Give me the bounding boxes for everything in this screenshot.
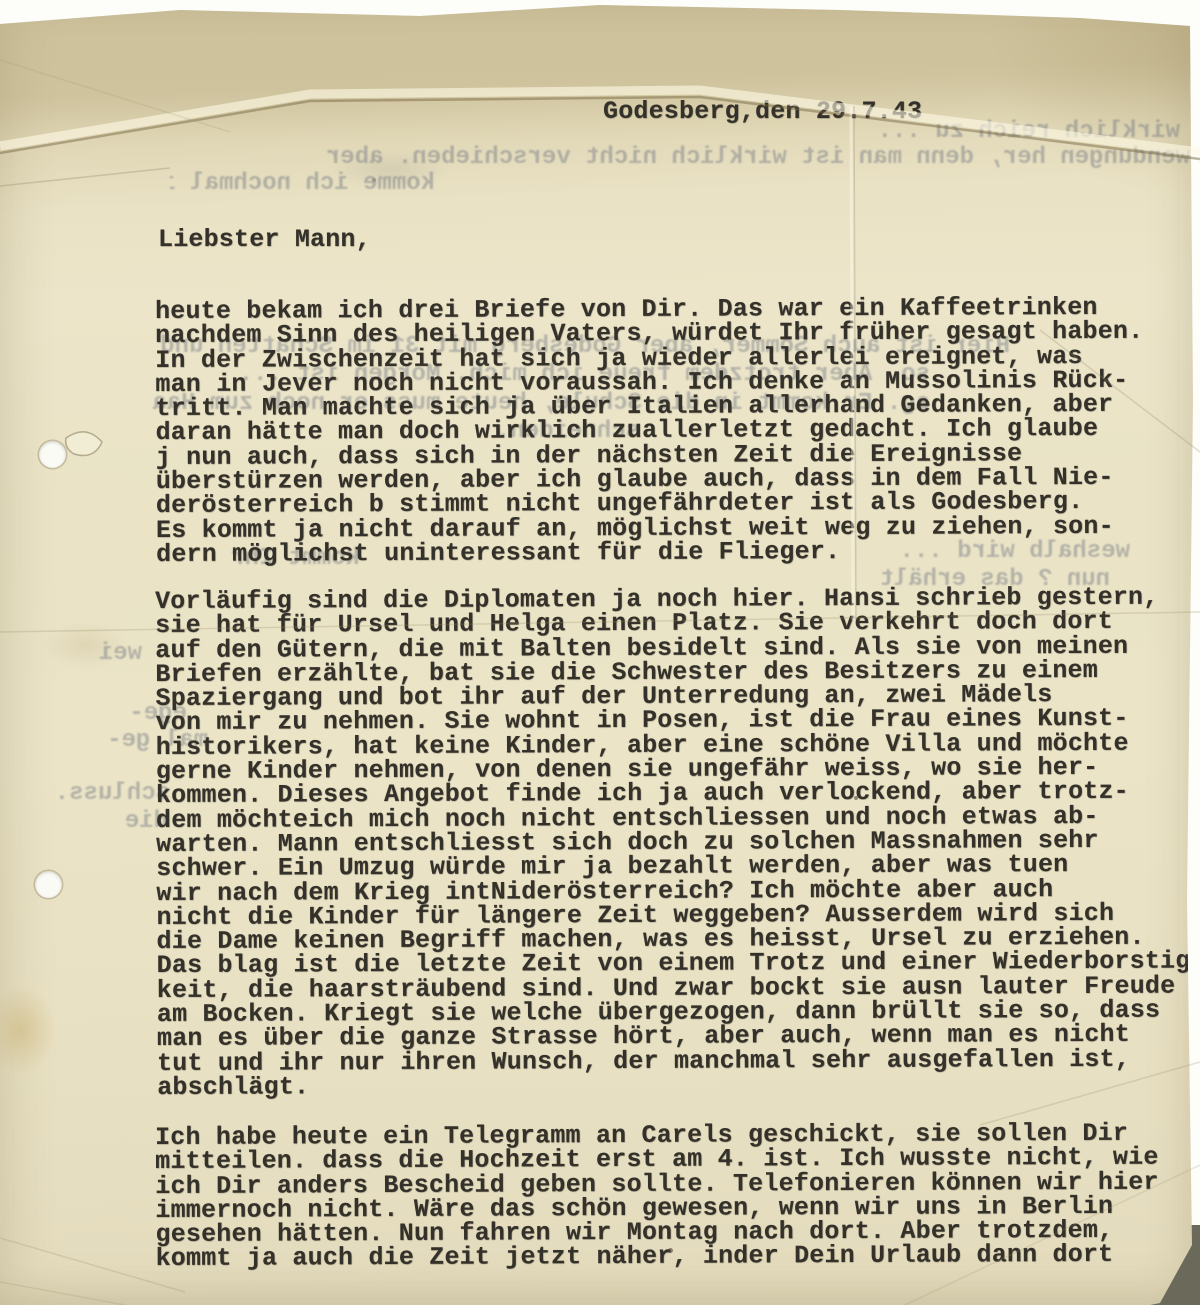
letter-scan: wirklich reich zu ... wendungen her, den… (0, 0, 1200, 1305)
dust-speck (372, 178, 376, 182)
ghost-text-line: komme ich nochmal im Frühjahr nach dort. (170, 170, 435, 198)
stain (0, 985, 56, 1075)
dateline: Godesberg,den 29.7.43 (603, 100, 922, 124)
ghost-text-line: schluss. (40, 780, 170, 808)
punch-hole-bottom (35, 871, 62, 898)
punch-hole-top (39, 441, 66, 468)
paragraph-3: Ich habe heute ein Telegramm an Carels g… (155, 1121, 1200, 1271)
paragraph-2: Vorläufig sind die Diplomaten ja noch hi… (155, 585, 1200, 1100)
ghost-text-line: wei (52, 640, 142, 668)
dust-speck (668, 1248, 673, 1253)
letter-paper: wirklich reich zu ... wendungen her, den… (0, 0, 1200, 1305)
ghost-text-line: wendungen her, denn man ist wirklich nic… (75, 144, 1190, 172)
salutation: Liebster Mann, (158, 228, 371, 252)
dust-speck (854, 796, 858, 800)
paragraph-1: heute bekam ich drei Briefe von Dir. Das… (155, 295, 1200, 567)
